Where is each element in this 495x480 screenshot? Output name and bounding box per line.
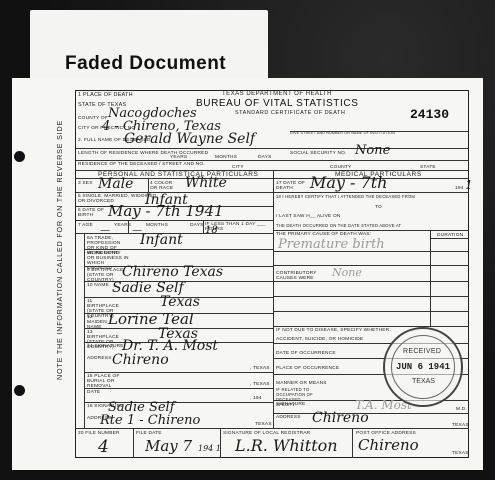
- informant-signature-label: 14 SIGNATURE: [87, 344, 124, 349]
- faded-document-label: Faded Document: [65, 53, 226, 75]
- death-year-digit: 1: [465, 178, 473, 192]
- divider: [84, 372, 273, 373]
- father-birthplace-value: Texas: [160, 294, 200, 310]
- divider: [76, 160, 469, 161]
- stamp-date: JUN 6 1941: [396, 362, 450, 372]
- primary-cause-value: Premature birth: [278, 237, 385, 252]
- divider: [84, 388, 273, 389]
- certify-label: 18 I HEREBY CERTIFY THAT I ATTENDED THE …: [276, 194, 415, 199]
- burial-texas-label: , TEXAS: [250, 382, 270, 387]
- divider: [273, 251, 469, 252]
- file-year-value: 194 1: [198, 444, 221, 453]
- divider: [352, 428, 353, 458]
- informant-address-value: Chireno: [112, 352, 169, 368]
- physician-address-value: Chireno: [312, 410, 369, 426]
- divider: [273, 281, 469, 282]
- physician-signature-label: SIGNATURE: [276, 402, 305, 407]
- divider: [76, 148, 469, 149]
- informant-texas-label: , TEXAS: [250, 366, 270, 371]
- age-months-label: MONTHS: [146, 223, 168, 228]
- manner-label: MANNER OR MEANS: [276, 381, 327, 386]
- post-office-texas-label: TEXAS: [452, 451, 469, 456]
- divider: [273, 311, 469, 312]
- age-days-label: DAYS: [190, 223, 204, 228]
- registrar-signature: L.R. Whitton: [235, 436, 338, 455]
- post-office-value: Chireno: [358, 436, 419, 454]
- stamp-received: RECEIVED: [403, 348, 441, 355]
- divider: [84, 249, 273, 250]
- father-name-label: 10 NAME: [87, 283, 109, 288]
- certify-to-label: TO: [375, 205, 382, 210]
- birthplace-value: Chireno Texas: [122, 264, 223, 280]
- sex-value: Male: [98, 176, 133, 192]
- divider: [203, 220, 204, 233]
- social-security-label: SOCIAL SECURITY NO.: [290, 151, 347, 156]
- death-year-label: 194: [455, 186, 464, 191]
- date-of-death-label: 17 DATE OF DEATH: [276, 181, 306, 191]
- burial-date-label: DATE: [87, 390, 100, 395]
- color-label: 4 COLOR OR RACE: [150, 181, 178, 191]
- divider: [220, 428, 221, 458]
- physician-address-label: ADDRESS: [276, 415, 301, 420]
- divider: [273, 265, 469, 266]
- file-date-value: May 7: [145, 437, 192, 455]
- burial-year-label: , 194: [250, 396, 262, 401]
- bureau-title: BUREAU OF VITAL STATISTICS: [196, 98, 358, 109]
- burial-place-label: 15 PLACE OF BURIAL OR REMOVAL: [87, 374, 121, 389]
- sex-label: 3 SEX: [78, 181, 93, 186]
- undertaker-texas-label: TEXAS: [255, 422, 272, 427]
- punch-hole: [14, 385, 25, 396]
- divider: [128, 220, 129, 233]
- file-number-value: 4: [98, 437, 109, 457]
- reverse-side-note: NOTE THE INFORMATION CALLED FOR ON THE R…: [55, 120, 64, 380]
- divider: [76, 178, 469, 179]
- column-divider: [273, 170, 274, 428]
- divider: [273, 192, 469, 193]
- last-saw-label: I LAST SAW H__ ALIVE ON: [276, 214, 341, 219]
- md-label: M.D.: [456, 407, 467, 412]
- accident-label: ACCIDENT, SUICIDE, OR HOMICIDE: [276, 337, 363, 342]
- occurrence-date-label: DATE OF OCCURRENCE: [276, 351, 336, 356]
- department-title: TEXAS DEPARTMENT OF HEALTH: [222, 91, 332, 97]
- divider: [273, 230, 469, 231]
- undertaker-address-value: Rte 1 - Chireno: [100, 413, 200, 428]
- punch-hole: [14, 151, 25, 162]
- place-of-death-label: 1 PLACE OF DEATH: [78, 93, 133, 98]
- residence-length-label: LENGTH OF RESIDENCE WHERE DEATH OCCURRED: [78, 151, 208, 156]
- external-cause-label: IF NOT DUE TO DISEASE, SPECIFY WHETHER:: [276, 328, 391, 333]
- death-time-label: THE DEATH OCCURRED ON THE DATE STATED AB…: [276, 223, 401, 228]
- divider: [430, 238, 469, 239]
- age-hours-value: 18: [205, 225, 218, 236]
- informant-address-label: ADDRESS: [87, 356, 112, 361]
- received-stamp: RECEIVED JUN 6 1941 TEXAS: [383, 327, 463, 407]
- physician-texas-label: TEXAS: [452, 423, 469, 428]
- stamp-state: TEXAS: [412, 378, 435, 385]
- file-date-label: FILE DATE: [136, 431, 162, 436]
- contributory-label: CONTRIBUTORY CAUSES WERE: [276, 271, 321, 281]
- age-years-value: —: [100, 225, 110, 236]
- divider: [76, 428, 469, 429]
- residence-label: RESIDENCE OF THE DECEASED / STREET AND N…: [78, 162, 205, 167]
- street-label: GIVE STREET AND NUMBER OR NAME OF INSTIT…: [290, 131, 395, 136]
- certificate-subtitle: STANDARD CERTIFICATE OF DEATH: [235, 110, 345, 116]
- divider: [76, 220, 273, 221]
- social-security-value: None: [355, 143, 390, 158]
- divider: [273, 413, 469, 414]
- trade-value: Infant: [140, 232, 183, 248]
- occurrence-place-label: PLACE OF OCCURRENCE: [276, 366, 339, 371]
- color-value: White: [185, 175, 227, 191]
- gutter-divider: [84, 233, 85, 428]
- full-name-value: Gerald Wayne Self: [124, 131, 255, 147]
- certificate-number: 24130: [410, 107, 449, 122]
- divider: [273, 326, 469, 327]
- age-label: 7 AGE: [78, 223, 93, 228]
- date-of-death-value: May - 7th: [310, 173, 387, 192]
- divider: [148, 178, 149, 192]
- divider: [273, 296, 469, 297]
- file-number-label: 20 FILE NUMBER: [78, 431, 120, 436]
- birth-date-label: 6 DATE OF BIRTH: [78, 208, 108, 218]
- contributory-value: None: [332, 266, 362, 279]
- divider: [133, 428, 134, 458]
- birth-date-value: May - 7th 1941: [108, 202, 224, 220]
